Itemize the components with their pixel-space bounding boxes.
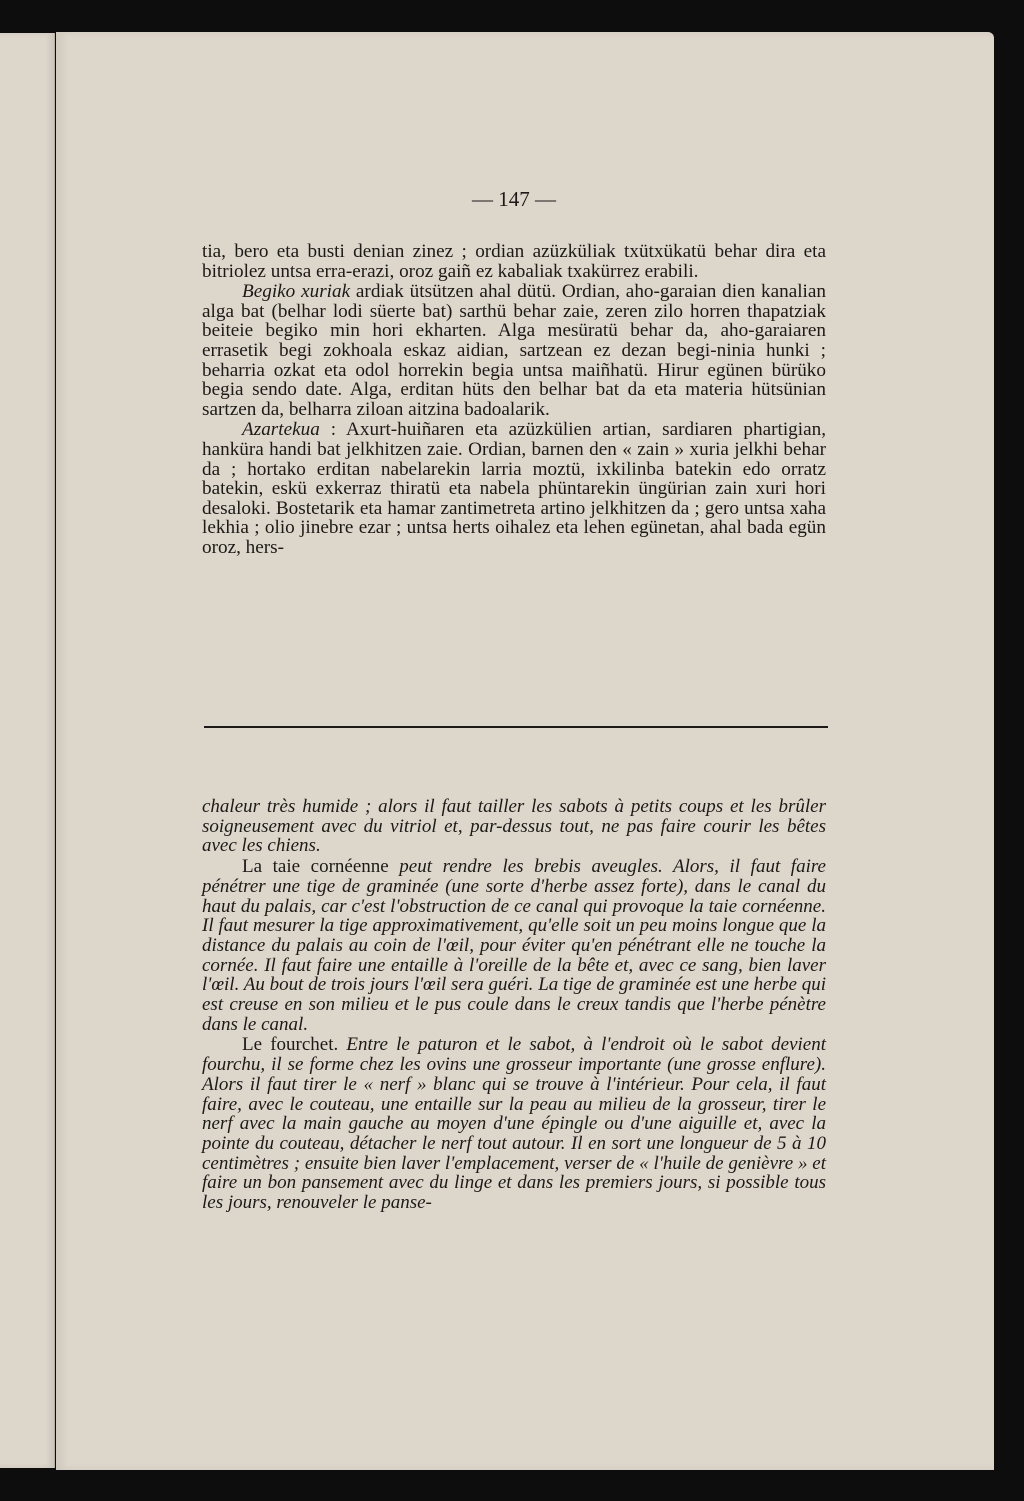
- facing-page-edge: [0, 33, 55, 1468]
- french-paragraph-2: La taie cornéenne peut rendre les brebis…: [202, 857, 826, 1034]
- basque-paragraph-1: tia, bero eta busti denian zinez ; ordia…: [202, 242, 826, 281]
- page-number: — 147 —: [202, 187, 826, 212]
- basque-paragraph-3: Azartekua : Axurt-huiñaren eta azüzkülie…: [202, 420, 826, 557]
- french-translation-block: chaleur très humide ; alors il faut tail…: [202, 797, 826, 1213]
- basque-paragraph-2: Begiko xuriak ardiak ütsützen ahal dütü.…: [202, 282, 826, 419]
- basque-paragraph-2-body: ardiak ütsützen ahal dütü. Ordian, aho-g…: [202, 281, 826, 420]
- french-paragraph-3: Le fourchet. Entre le paturon et le sabo…: [202, 1035, 826, 1212]
- basque-paragraph-3-body: : Axurt-huiñaren eta azüzkülien artian, …: [202, 419, 826, 558]
- basque-term-azartekua: Azartekua: [242, 419, 320, 440]
- french-paragraph-1: chaleur très humide ; alors il faut tail…: [202, 797, 826, 856]
- section-divider: [204, 726, 828, 728]
- french-paragraph-2-body: peut rendre les brebis aveugles. Alors, …: [202, 856, 826, 1035]
- book-page: — 147 — tia, bero eta busti denian zinez…: [56, 32, 994, 1470]
- french-paragraph-3-body: Entre le paturon et le sabot, à l'endroi…: [202, 1034, 826, 1213]
- basque-text-block: tia, bero eta busti denian zinez ; ordia…: [202, 242, 826, 558]
- basque-term-begiko-xuriak: Begiko xuriak: [242, 281, 350, 302]
- french-term-le-fourchet: Le fourchet.: [242, 1034, 338, 1055]
- french-term-taie-corneenne: La taie cornéenne: [242, 856, 389, 877]
